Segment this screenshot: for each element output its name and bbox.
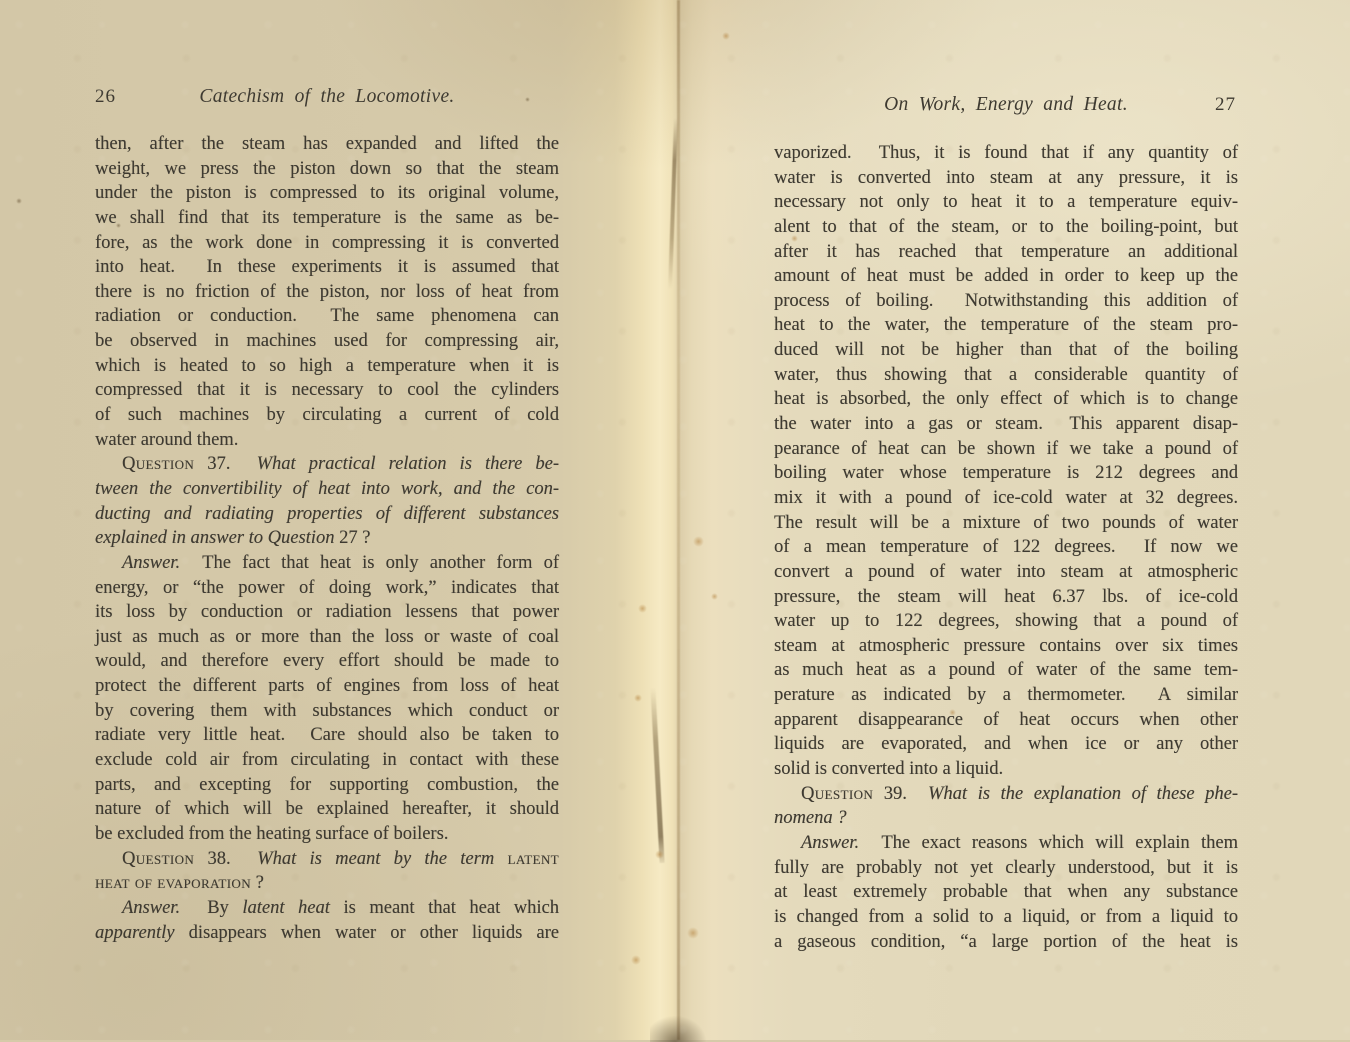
paper-spot bbox=[16, 198, 22, 204]
text-line: after it has reached that temperature an… bbox=[774, 240, 1238, 265]
text-line: protect the different parts of engines f… bbox=[95, 674, 559, 699]
paper-spot bbox=[631, 955, 641, 965]
text-line: heat to the water, the temperature of th… bbox=[774, 313, 1238, 338]
text-line: is changed from a solid to a liquid, or … bbox=[774, 905, 1238, 930]
text-line: Question 38. What is meant by the term l… bbox=[95, 847, 559, 872]
text-line: pressure, the steam will heat 6.37 lbs. … bbox=[774, 585, 1238, 610]
text-line: under the piston is compressed to its or… bbox=[95, 181, 559, 206]
text-line: energy, or “the power of doing work,” in… bbox=[95, 576, 559, 601]
text-line: explained in answer to Question 27 ? bbox=[95, 526, 559, 551]
page-left: 26 Catechism of the Locomotive. then, af… bbox=[95, 86, 559, 945]
text-line: compressed that it is necessary to cool … bbox=[95, 378, 559, 403]
text-line: exclude cold air from circulating in con… bbox=[95, 748, 559, 773]
text-line: solid is converted into a liquid. bbox=[774, 757, 1238, 782]
text-line: then, after the steam has expanded and l… bbox=[95, 132, 559, 157]
text-line: boiling water whose temperature is 212 d… bbox=[774, 461, 1238, 486]
text-line: convert a pound of water into steam at a… bbox=[774, 560, 1238, 585]
page-body-right: vaporized. Thus, it is found that if any… bbox=[774, 141, 1238, 954]
text-line: which is heated to so high a temperature… bbox=[95, 354, 559, 379]
running-head: On Work, Energy and Heat. bbox=[774, 94, 1238, 116]
text-line: heat of evaporation ? bbox=[95, 871, 559, 896]
text-line: radiate very little heat. Care should al… bbox=[95, 723, 559, 748]
text-line: Answer. The fact that heat is only anoth… bbox=[95, 551, 559, 576]
paper-spot bbox=[711, 593, 718, 600]
text-line: alent to that of the steam, or to the bo… bbox=[774, 215, 1238, 240]
text-line: be excluded from the heating surface of … bbox=[95, 822, 559, 847]
text-line: mix it with a pound of ice-cold water at… bbox=[774, 486, 1238, 511]
text-line: weight, we press the piston down so that… bbox=[95, 157, 559, 182]
page-body-left: then, after the steam has expanded and l… bbox=[95, 132, 559, 945]
text-line: we shall find that its temperature is th… bbox=[95, 206, 559, 231]
text-line: by covering them with substances which c… bbox=[95, 699, 559, 724]
binding-crease bbox=[677, 0, 680, 1040]
text-line: just as much as or more than the loss or… bbox=[95, 625, 559, 650]
text-line: Question 39. What is the explanation of … bbox=[774, 782, 1238, 807]
running-head: Catechism of the Locomotive. bbox=[95, 86, 559, 108]
text-line: as much heat as a pound of water of the … bbox=[774, 658, 1238, 683]
page-header-right: On Work, Energy and Heat. 27 bbox=[774, 94, 1238, 120]
text-line: the water into a gas or steam. This appa… bbox=[774, 412, 1238, 437]
text-line: process of boiling. Notwithstanding this… bbox=[774, 289, 1238, 314]
text-line: steam at atmospheric pressure contains o… bbox=[774, 634, 1238, 659]
text-line: tween the convertibility of heat into wo… bbox=[95, 477, 559, 502]
text-line: amount of heat must be added in order to… bbox=[774, 264, 1238, 289]
text-line: be observed in machines used for compres… bbox=[95, 329, 559, 354]
text-line: into heat. In these experiments it is as… bbox=[95, 255, 559, 280]
paper-spot bbox=[634, 694, 642, 702]
text-line: necessary not only to heat it to a tempe… bbox=[774, 190, 1238, 215]
text-line: fore, as the work done in compressing it… bbox=[95, 231, 559, 256]
page-header-left: 26 Catechism of the Locomotive. bbox=[95, 86, 559, 112]
paper-spot bbox=[722, 32, 730, 40]
text-line: duced will not be higher than that of th… bbox=[774, 338, 1238, 363]
paper-spot bbox=[687, 927, 699, 939]
text-line: at least extremely probable that when an… bbox=[774, 880, 1238, 905]
text-line: apparently disappears when water or othe… bbox=[95, 921, 559, 946]
book-spread-photo: 26 Catechism of the Locomotive. then, af… bbox=[0, 0, 1350, 1040]
text-line: ducting and radiating properties of diff… bbox=[95, 502, 559, 527]
text-line: liquids are evaporated, and when ice or … bbox=[774, 732, 1238, 757]
paper-spot bbox=[655, 850, 664, 859]
text-line: water is converted into steam at any pre… bbox=[774, 166, 1238, 191]
text-line: nature of which will be explained hereaf… bbox=[95, 797, 559, 822]
text-line: Answer. The exact reasons which will exp… bbox=[774, 831, 1238, 856]
text-line: nomena ? bbox=[774, 806, 1238, 831]
gutter-shadow bbox=[650, 1016, 706, 1040]
text-line: Answer. By latent heat is meant that hea… bbox=[95, 896, 559, 921]
text-line: of such machines by circulating a curren… bbox=[95, 403, 559, 428]
text-line: would, and therefore every effort should… bbox=[95, 649, 559, 674]
text-line: perature as indicated by a thermometer. … bbox=[774, 683, 1238, 708]
text-line: water around them. bbox=[95, 428, 559, 453]
text-line: water up to 122 degrees, showing that a … bbox=[774, 609, 1238, 634]
binding-crack bbox=[650, 688, 664, 863]
text-line: there is no friction of the piston, nor … bbox=[95, 280, 559, 305]
text-line: a gaseous condition, “a large portion of… bbox=[774, 930, 1238, 955]
text-line: heat is absorbed, the only effect of whi… bbox=[774, 387, 1238, 412]
paper-spot bbox=[693, 536, 704, 547]
paper-spot bbox=[638, 604, 647, 613]
text-line: vaporized. Thus, it is found that if any… bbox=[774, 141, 1238, 166]
page-right: On Work, Energy and Heat. 27 vaporized. … bbox=[774, 94, 1238, 954]
text-line: Question 37. What practical relation is … bbox=[95, 452, 559, 477]
text-line: parts, and excepting for supporting comb… bbox=[95, 773, 559, 798]
text-line: fully are probably not yet clearly under… bbox=[774, 856, 1238, 881]
text-line: The result will be a mixture of two poun… bbox=[774, 511, 1238, 536]
text-line: water, thus showing that a considerable … bbox=[774, 363, 1238, 388]
text-line: its loss by conduction or radiation less… bbox=[95, 600, 559, 625]
text-line: pearance of heat can be shown if we take… bbox=[774, 437, 1238, 462]
text-line: radiation or conduction. The same phenom… bbox=[95, 304, 559, 329]
text-line: of a mean temperature of 122 degrees. If… bbox=[774, 535, 1238, 560]
page-number: 27 bbox=[1215, 94, 1236, 116]
text-line: apparent disappearance of heat occurs wh… bbox=[774, 708, 1238, 733]
